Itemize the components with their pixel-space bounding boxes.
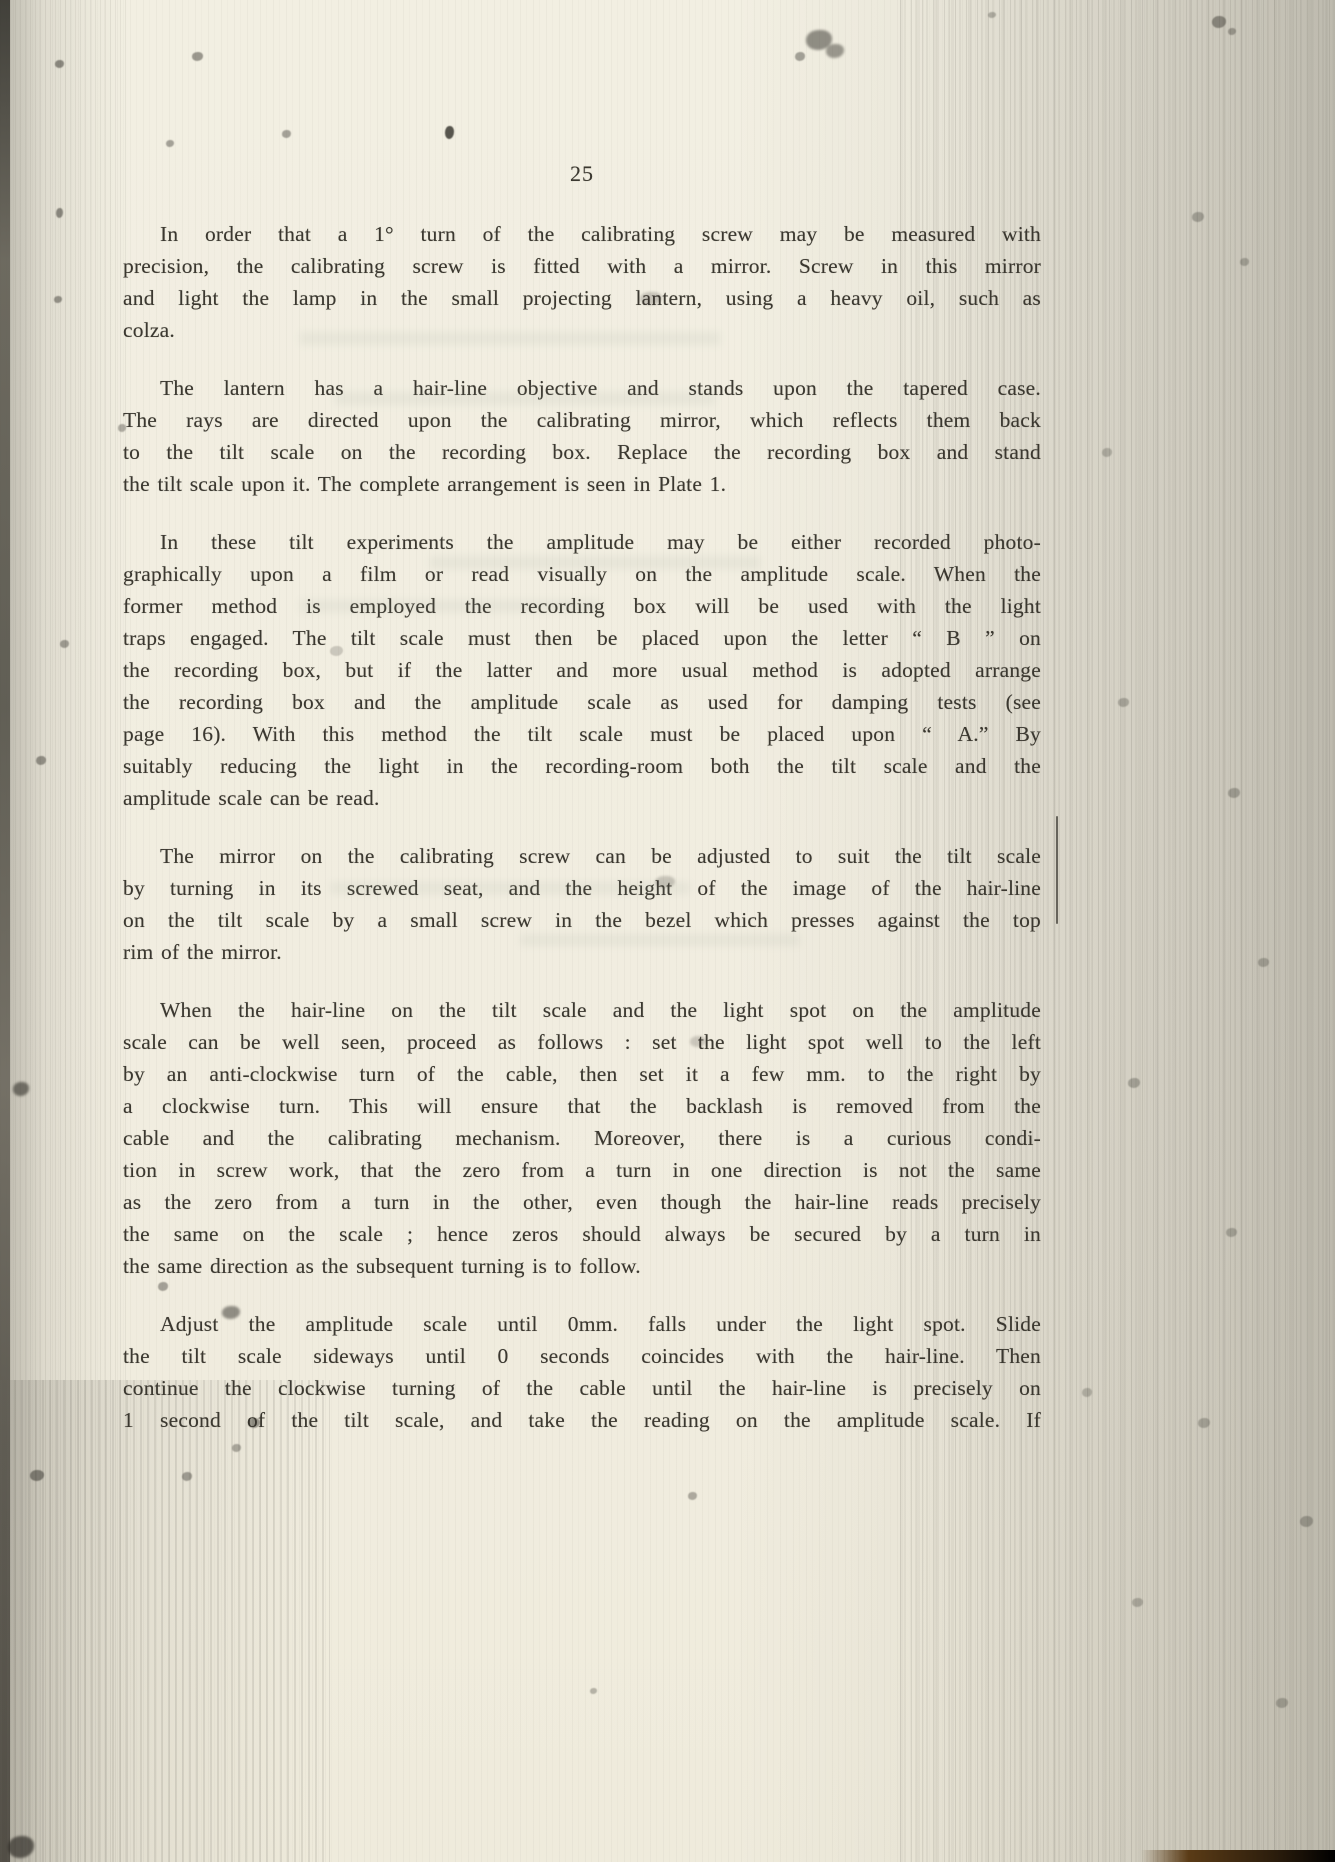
text-line: amplitude scale can be read. (123, 782, 1041, 814)
scan-speck (988, 12, 996, 18)
scan-speck (1082, 1388, 1092, 1397)
scan-speck (806, 30, 832, 50)
text-line: traps engaged. The tilt scale must then … (123, 622, 1041, 654)
scan-speck (688, 1492, 697, 1500)
scan-bottom-edge (1140, 1850, 1335, 1862)
text-line: the recording box and the amplitude scal… (123, 686, 1041, 718)
scanned-page: 25 In order that a 1° turn of the calibr… (0, 0, 1335, 1862)
scan-speck (445, 126, 454, 139)
text-line: and light the lamp in the small projecti… (123, 282, 1041, 314)
text-line: the same on the scale ; hence zeros shou… (123, 1218, 1041, 1250)
paragraph: In these tilt experiments the amplitude … (123, 526, 1041, 814)
scan-speck (1192, 212, 1204, 222)
text-line: as the zero from a turn in the other, ev… (123, 1186, 1041, 1218)
text-line: by an anti-clockwise turn of the cable, … (123, 1058, 1041, 1090)
text-line: the tilt scale sideways until 0 seconds … (123, 1340, 1041, 1372)
scan-speck (1258, 958, 1269, 967)
text-line: to the tilt scale on the recording box. … (123, 436, 1041, 468)
text-line: 1 second of the tilt scale, and take the… (123, 1404, 1041, 1436)
scan-speck (166, 140, 174, 147)
scan-speck (1212, 16, 1226, 28)
scan-speck (1118, 698, 1129, 707)
scan-speck (1226, 1228, 1237, 1237)
scan-left-edge (0, 0, 10, 1862)
text-line: the same direction as the subsequent tur… (123, 1250, 1041, 1282)
scan-speck (1228, 788, 1240, 798)
paragraph: The lantern has a hair-line objective an… (123, 372, 1041, 500)
scan-speck (60, 640, 69, 648)
text-line: on the tilt scale by a small screw in th… (123, 904, 1041, 936)
text-line: a clockwise turn. This will ensure that … (123, 1090, 1041, 1122)
paragraph: The mirror on the calibrating screw can … (123, 840, 1041, 968)
text-line: In order that a 1° turn of the calibrati… (123, 218, 1041, 250)
scan-speck (282, 130, 291, 138)
text-line: suitably reducing the light in the recor… (123, 750, 1041, 782)
scan-speck (1300, 1516, 1313, 1527)
scan-speck (590, 1688, 597, 1694)
text-line: When the hair-line on the tilt scale and… (123, 994, 1041, 1026)
scan-speck (55, 60, 64, 68)
paragraph: Adjust the amplitude scale until 0mm. fa… (123, 1308, 1041, 1436)
page-content: 25 In order that a 1° turn of the calibr… (123, 158, 1041, 1462)
scan-speck (54, 296, 62, 303)
text-line: page 16). With this method the tilt scal… (123, 718, 1041, 750)
paragraph: In order that a 1° turn of the calibrati… (123, 218, 1041, 346)
text-line: cable and the calibrating mechanism. Mor… (123, 1122, 1041, 1154)
paragraph: When the hair-line on the tilt scale and… (123, 994, 1041, 1282)
text-line: The mirror on the calibrating screw can … (123, 840, 1041, 872)
scan-speck (1128, 1078, 1140, 1088)
text-line: The lantern has a hair-line objective an… (123, 372, 1041, 404)
page-number: 25 (123, 158, 1041, 190)
scan-speck (182, 1472, 192, 1481)
scan-speck (826, 44, 844, 58)
text-line: In these tilt experiments the amplitude … (123, 526, 1041, 558)
scan-speck (1198, 1418, 1210, 1428)
text-line: the tilt scale upon it. The complete arr… (123, 468, 1041, 500)
scan-speck (30, 1470, 44, 1481)
scan-speck (1228, 28, 1236, 35)
scan-speck (1240, 258, 1249, 266)
scan-speck (13, 1082, 29, 1096)
page-body: In order that a 1° turn of the calibrati… (123, 218, 1041, 1436)
text-line: tion in screw work, that the zero from a… (123, 1154, 1041, 1186)
text-line: former method is employed the recording … (123, 590, 1041, 622)
text-line: The rays are directed upon the calibrati… (123, 404, 1041, 436)
scan-speck (56, 208, 63, 218)
text-line: colza. (123, 314, 1041, 346)
scan-speck (795, 52, 805, 61)
scan-speck (1132, 1598, 1143, 1607)
scan-speck (36, 756, 46, 765)
text-line: continue the clockwise turning of the ca… (123, 1372, 1041, 1404)
text-line: Adjust the amplitude scale until 0mm. fa… (123, 1308, 1041, 1340)
text-line: graphically upon a film or read visually… (123, 558, 1041, 590)
scan-speck (8, 1836, 34, 1858)
scan-speck (1276, 1698, 1288, 1708)
text-line: the recording box, but if the latter and… (123, 654, 1041, 686)
scan-streaks-left (10, 0, 130, 1862)
text-line: precision, the calibrating screw is fitt… (123, 250, 1041, 282)
margin-pencil-line (1056, 816, 1058, 924)
text-line: by turning in its screwed seat, and the … (123, 872, 1041, 904)
text-line: rim of the mirror. (123, 936, 1041, 968)
scan-speck (192, 52, 203, 61)
scan-speck (1102, 448, 1112, 457)
text-line: scale can be well seen, proceed as follo… (123, 1026, 1041, 1058)
